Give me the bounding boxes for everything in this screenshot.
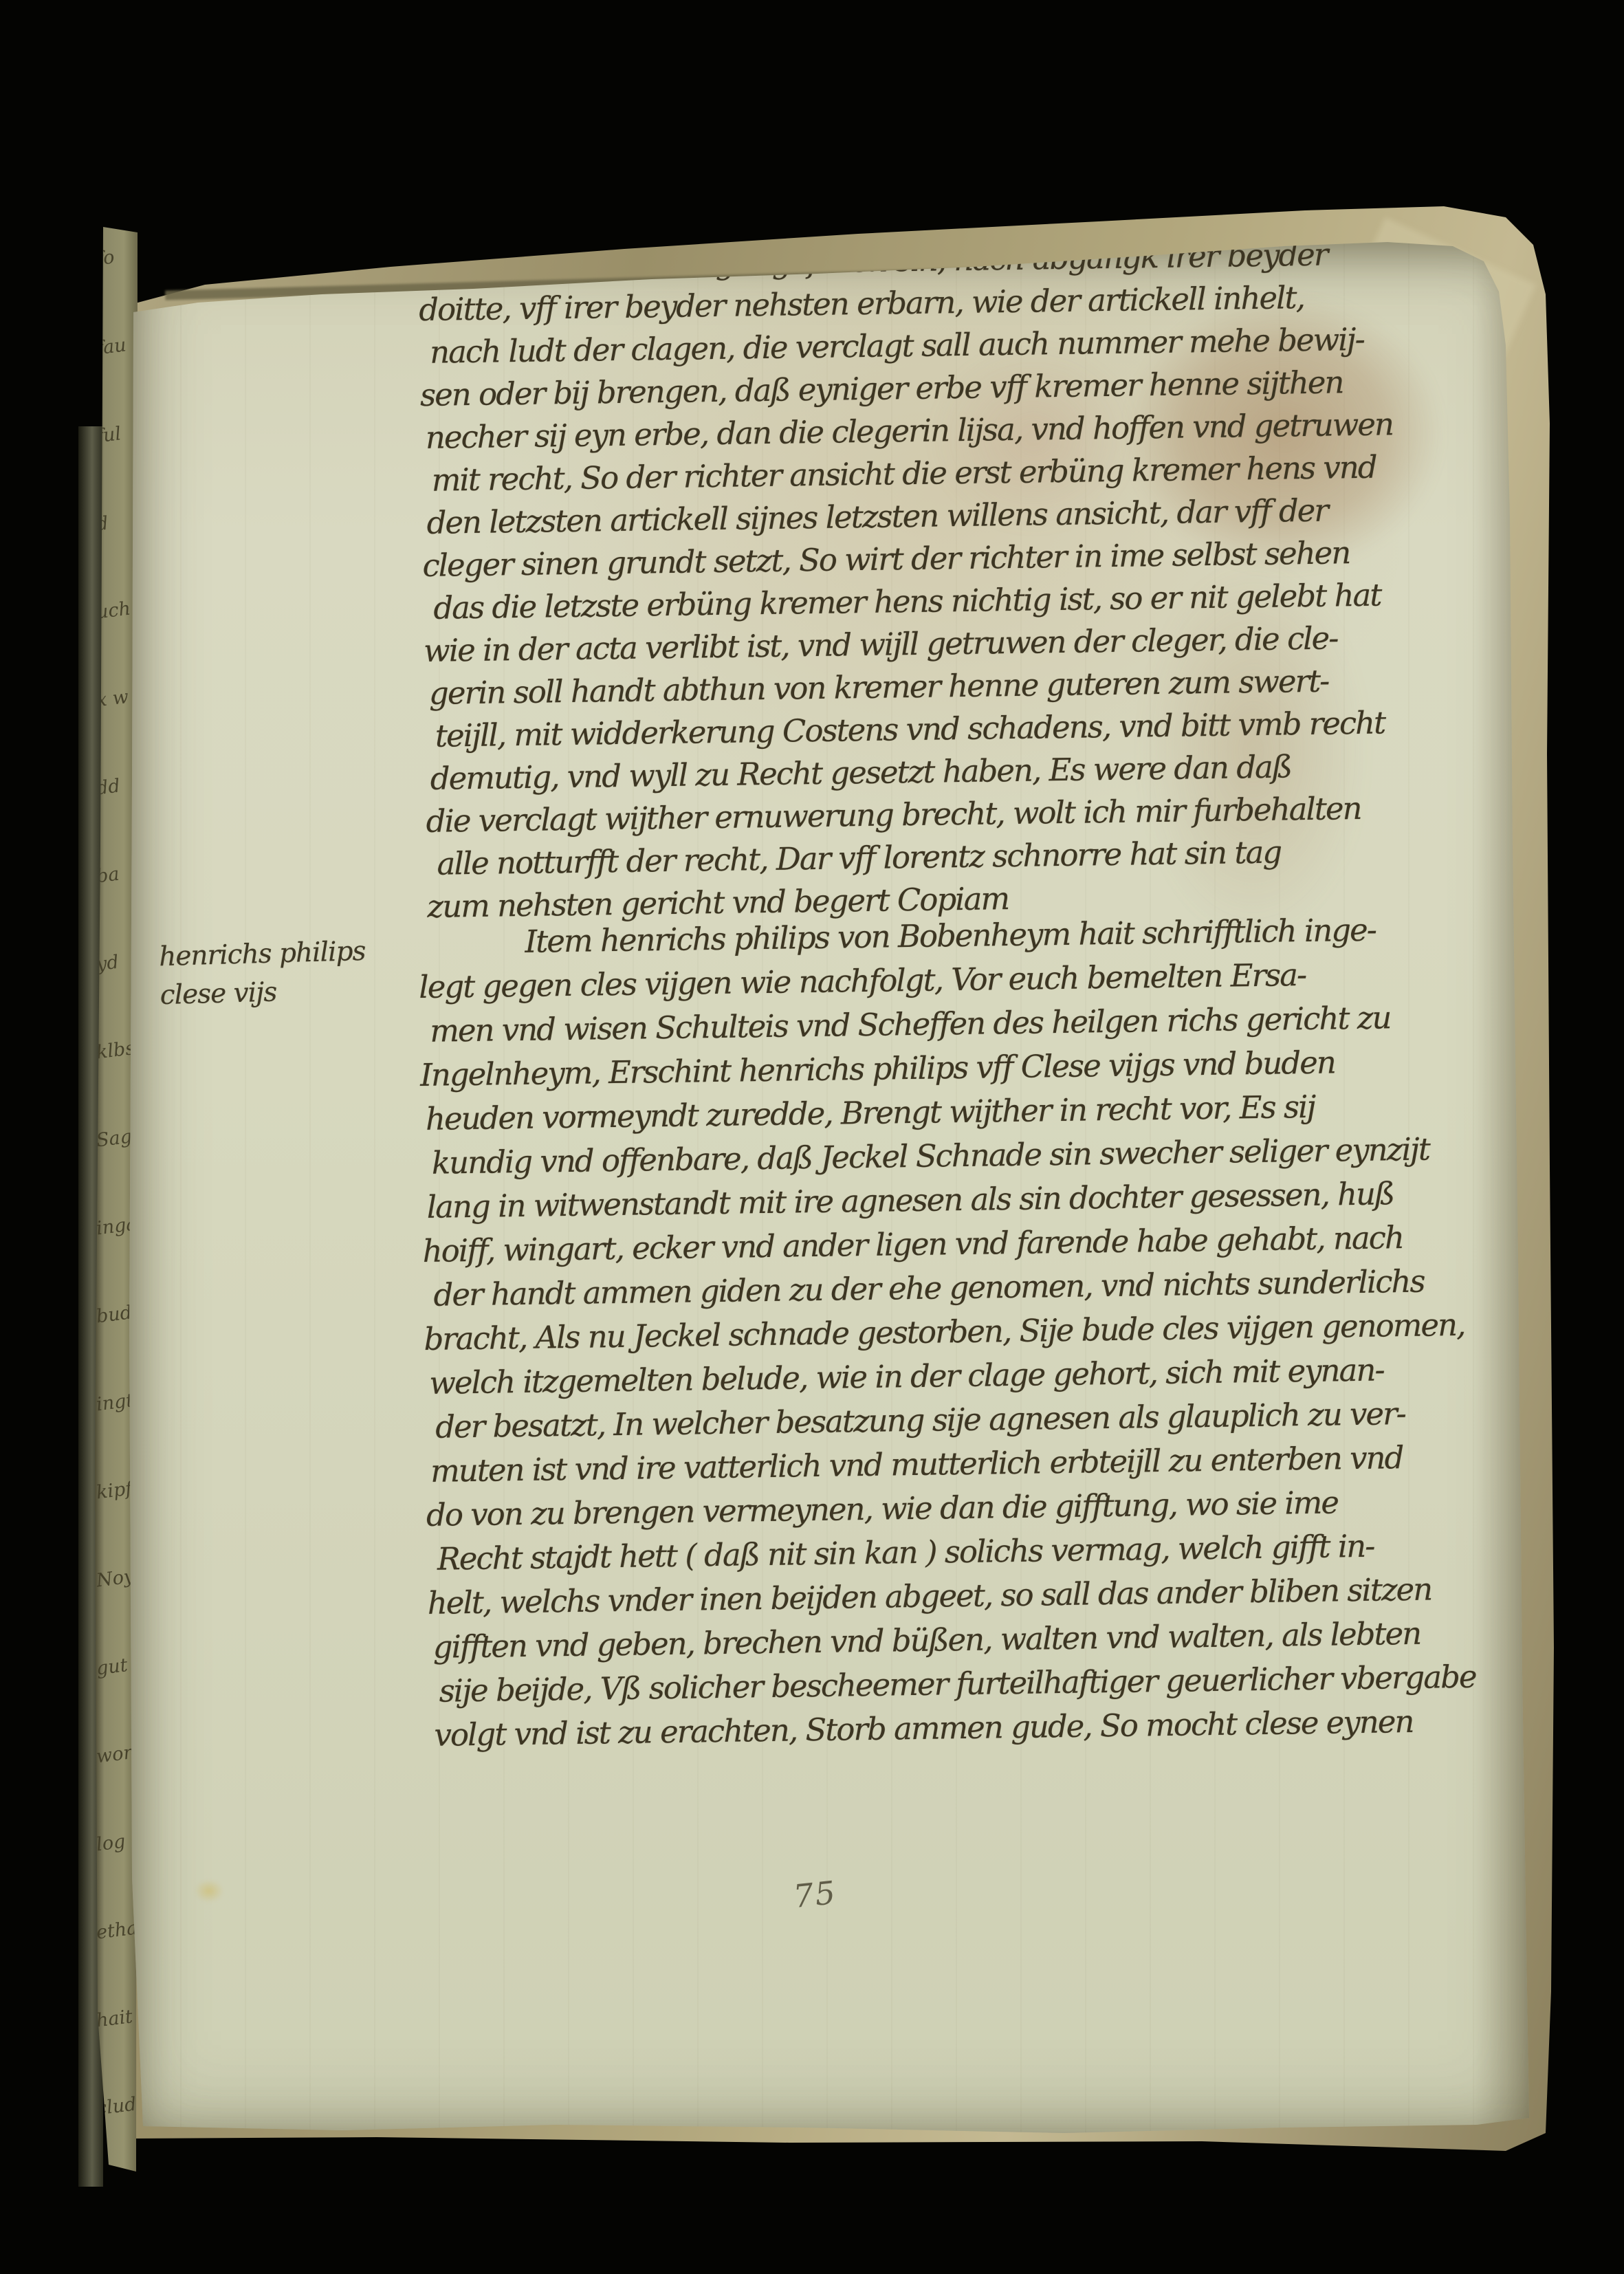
strip-text-fragment: x w bbox=[95, 686, 137, 712]
strip-text-fragment: hait bbox=[95, 2006, 137, 2032]
text-block-2: Item henrichs philips von Bobenheym hait… bbox=[418, 906, 1544, 1758]
strip-text-fragment: dd bbox=[95, 774, 137, 800]
manuscript-photo: fo fau ful d uch x w dd ba yd klbst Sag … bbox=[0, 0, 1624, 2274]
strip-text-fragment: ethan bbox=[95, 1918, 137, 1944]
strip-text-fragment: yd bbox=[95, 950, 137, 976]
manuscript-page: clagten, vnd soll sin gut gefallen sin, … bbox=[116, 228, 1544, 2137]
ink-speck bbox=[916, 2163, 924, 2178]
strip-text-fragment: log bbox=[95, 1830, 137, 1856]
marginal-note-line: henrichs philips bbox=[158, 932, 366, 976]
yellow-spot bbox=[190, 1876, 228, 1906]
strip-text-fragment: wort bbox=[95, 1742, 137, 1768]
folio-number: 75 bbox=[791, 1874, 838, 1915]
text-block-1: clagten, vnd soll sin gut gefallen sin, … bbox=[418, 230, 1541, 928]
marginal-note: henrichs philips clese vijs bbox=[158, 932, 366, 1015]
strip-text-fragment: fau bbox=[95, 334, 137, 360]
marginal-note-line: clese vijs bbox=[160, 971, 367, 1015]
strip-text-fragment: ba bbox=[95, 862, 137, 888]
strip-text-fragment: fo bbox=[95, 244, 137, 270]
